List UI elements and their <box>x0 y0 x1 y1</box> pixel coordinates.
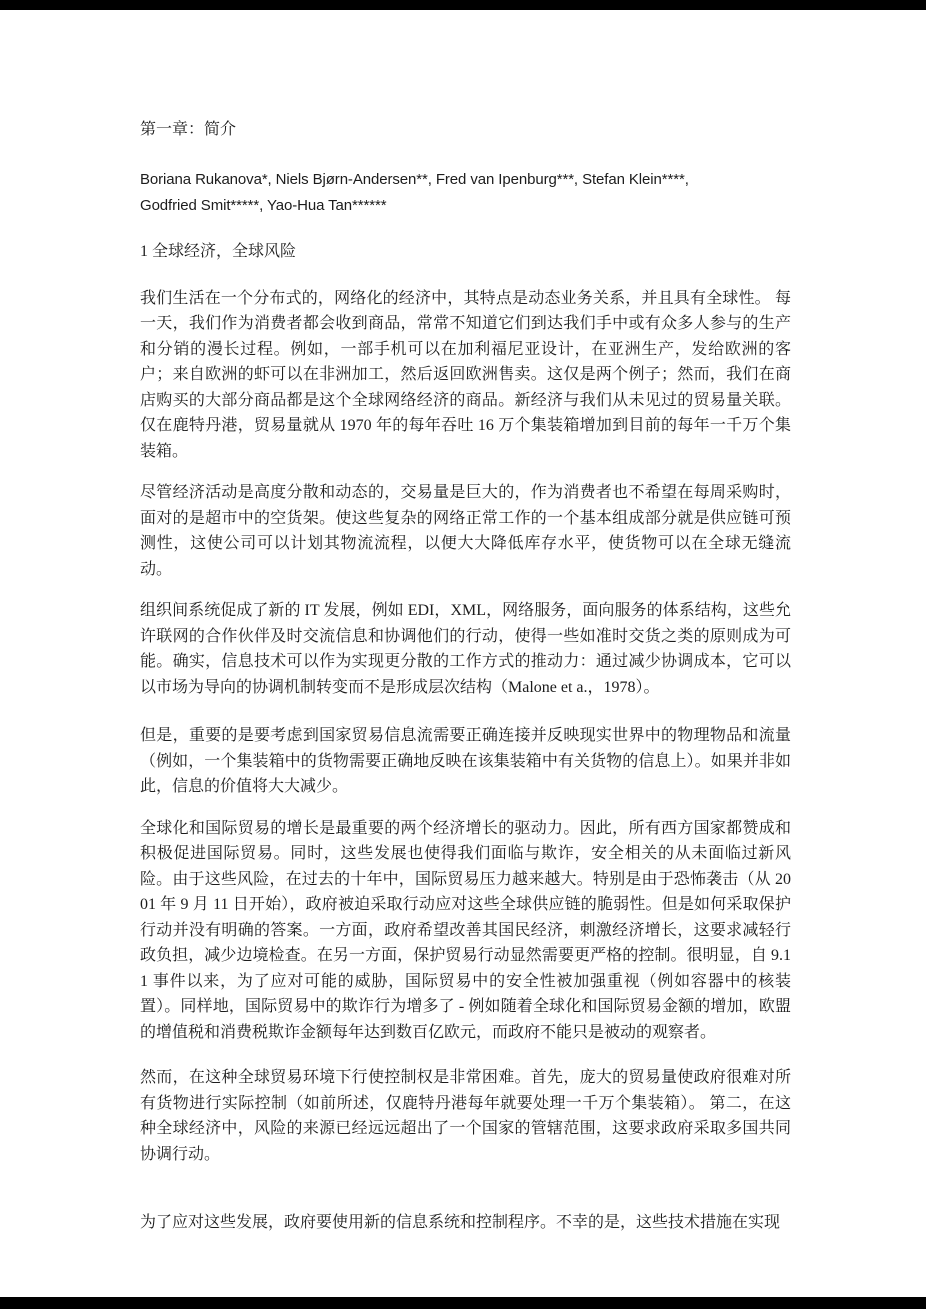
authors-line-2: Godfried Smit*****, Yao-Hua Tan****** <box>140 193 791 219</box>
paragraph-6: 然而，在这种全球贸易环境下行使控制权是非常困难。首先，庞大的贸易量使政府很难对所… <box>140 1065 791 1167</box>
page: { "theme": { "background_color": "#fffff… <box>0 0 926 1309</box>
section-heading: 1 全球经济，全球风险 <box>140 239 791 265</box>
paragraph-3: 组织间系统促成了新的 IT 发展，例如 EDI，XML，网络服务，面向服务的体系… <box>140 598 791 700</box>
paragraph-7: 为了应对这些发展，政府要使用新的信息系统和控制程序。不幸的是，这些技术措施在实现 <box>140 1210 791 1236</box>
paragraph-5: 全球化和国际贸易的增长是最重要的两个经济增长的驱动力。因此，所有西方国家都赞成和… <box>140 816 791 1046</box>
paragraph-1: 我们生活在一个分布式的，网络化的经济中，其特点是动态业务关系，并且具有全球性。 … <box>140 286 791 465</box>
paragraph-4: 但是，重要的是要考虑到国家贸易信息流需要正确连接并反映现实世界中的物理物品和流量… <box>140 723 791 800</box>
paragraph-2: 尽管经济活动是高度分散和动态的，交易量是巨大的，作为消费者也不希望在每周采购时，… <box>140 480 791 582</box>
authors-line-1: Boriana Rukanova*, Niels Bjørn-Andersen*… <box>140 167 791 193</box>
top-letterbox-bar <box>0 0 926 10</box>
document-page: 第一章：简介 Boriana Rukanova*, Niels Bjørn-An… <box>140 117 791 1252</box>
bottom-letterbox-bar <box>0 1297 926 1309</box>
author-list: Boriana Rukanova*, Niels Bjørn-Andersen*… <box>140 167 791 218</box>
chapter-title: 第一章：简介 <box>140 117 791 142</box>
